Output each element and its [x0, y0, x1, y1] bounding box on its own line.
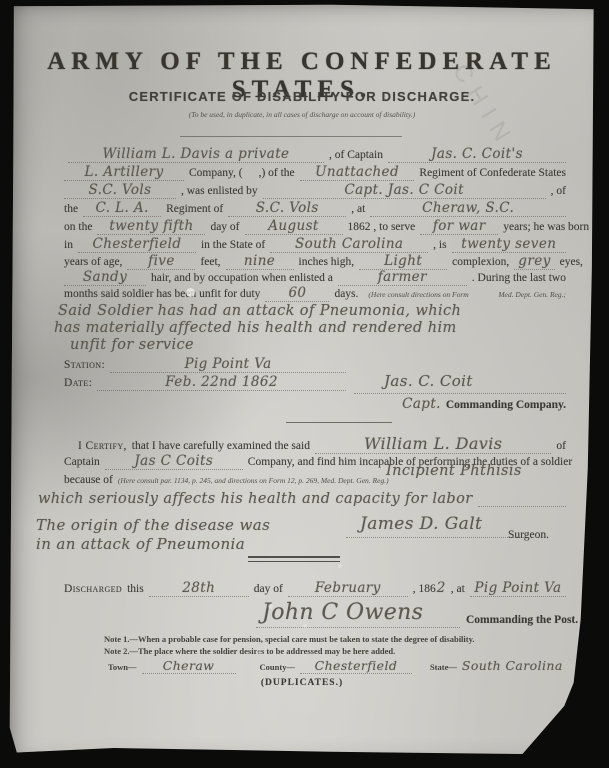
form-line-6: in Chesterfield in the State of South Ca… [64, 236, 566, 253]
label-the: the [64, 203, 78, 215]
surgeon-signature: James D. Galt [360, 514, 482, 534]
county-value: Chesterfield [300, 658, 412, 674]
remarks-line-1: Said Soldier has had an attack of Pneumo… [58, 303, 461, 319]
station-line: Station: Pig Point Va [64, 356, 346, 373]
label-company-paren: Company, ( [189, 167, 243, 179]
remarks-line-2: has materially affected his health and r… [54, 320, 457, 336]
date-line: Date: Feb. 22nd 1862 [64, 374, 346, 391]
station-value: Pig Point Va [110, 356, 346, 373]
address-line: Town— Cheraw County— Chesterfield State—… [108, 658, 566, 674]
field-captain-name: Jas. C. Coit's [388, 146, 566, 163]
form-line-3: S.C. Vols , was enlisted by Capt. Jas. C… [64, 182, 566, 199]
town-value: Cheraw [142, 658, 236, 674]
signature-rule [354, 392, 566, 394]
town-label: Town— [108, 662, 137, 672]
note-2: Note 2.—The place where the soldier desi… [104, 646, 395, 656]
label-of-captain: , of Captain [329, 149, 383, 161]
label-in: in [64, 239, 73, 251]
form-line-2: L. Artillery Company, ( ,) of the Unatta… [64, 164, 566, 181]
state-value: South Carolina [462, 658, 563, 673]
reason-line: which seriously affects his health and c… [38, 491, 566, 507]
discharged-label: Discharged [64, 583, 122, 595]
discharge-line: Discharged this 28th day of February , 1… [64, 580, 566, 597]
form-line-7: years of age, five feet, nine inches hig… [64, 253, 566, 270]
field-soldier-name: William L. Davis a private [68, 146, 324, 163]
remarks-line-3: unfit for service [70, 337, 194, 353]
field-term: for war [420, 218, 498, 235]
post-signature: John C Owens [262, 600, 423, 625]
label-complexion: complexion, [452, 256, 509, 268]
surgeon-label: Surgeon. [508, 529, 549, 541]
field-complexion: Light [359, 253, 447, 270]
discharge-day: 28th [149, 580, 249, 597]
label-of: , of [551, 185, 566, 197]
field-inches: nine [226, 253, 294, 270]
station-label: Station: [64, 359, 105, 371]
form-line-4: the C. L. A. Regiment of S.C. Vols , at … [64, 200, 566, 217]
certify-captain-label: Captain [64, 456, 100, 468]
discharge-place: Pig Point Va [470, 580, 566, 597]
reason-rule [478, 503, 566, 507]
diagnosis: Incipient Phthisis [386, 463, 522, 479]
field-vols2: S.C. Vols [228, 200, 346, 217]
field-eyes: grey [514, 253, 554, 270]
label-at: , at [351, 203, 365, 215]
field-enlisted-by: Capt. Jas. C Coit [263, 182, 546, 199]
label-during: . During the last two [472, 272, 566, 284]
discharge-year: , 186 [413, 583, 436, 595]
because-small-note: (Here consult par. 1134, p. 245, and dir… [118, 476, 389, 485]
field-days-unfit: 60 [265, 285, 329, 302]
origin-line-2: in an attack of Pneumonia [36, 535, 245, 553]
paper-speck [338, 564, 342, 568]
field-regiment-number: C. L. A. [83, 200, 161, 217]
state-label: State— [430, 662, 457, 672]
field-hair: Sandy [64, 269, 146, 286]
certify-line-1: I Certify, that I have carefully examine… [78, 434, 566, 454]
field-vols: S.C. Vols [64, 182, 176, 199]
label-is: , is [433, 239, 446, 251]
field-birthplace: Chesterfield [78, 236, 196, 253]
label-day-of: day of [210, 221, 239, 233]
discharge-year-digit: 2 [437, 580, 446, 596]
field-enlist-place: Cheraw, S.C. [370, 200, 566, 217]
header-rule [180, 136, 402, 137]
certify-soldier-name: William L. Davis [315, 434, 551, 454]
form-line-9: months said soldier has been unfit for d… [64, 285, 566, 302]
document-scan: CHIN ARMY OF THE CONFEDERATE STATES. CER… [8, 4, 596, 754]
label-years-born: years; he was born [503, 221, 589, 233]
field-company: L. Artillery [64, 164, 184, 181]
label-eyes: eyes, [560, 256, 583, 268]
field-age: twenty seven [452, 236, 566, 253]
paper-speck [186, 288, 195, 297]
form-line-5: on the twenty fifth day of August 1862 ,… [64, 218, 566, 235]
field-enlist-day: twenty fifth [97, 218, 205, 235]
paper-speck [256, 649, 261, 654]
form-line-8: Sandy hair, and by occupation when enlis… [64, 269, 566, 286]
paper-speck [303, 624, 307, 628]
certify-of: of [556, 440, 566, 452]
field-enlist-month: August [245, 218, 343, 235]
post-role: Commanding the Post. [466, 614, 578, 626]
certify-captain-name: Jas C Coits [105, 453, 243, 470]
discharged-this: this [127, 583, 144, 595]
post-signature-rule [256, 626, 460, 628]
company-signature: Jas. C. Coit [384, 372, 473, 390]
date-value: Feb. 22nd 1862 [97, 374, 346, 391]
company-role-line: Capt. Commanding Company. [398, 396, 566, 412]
document-subtitle: CERTIFICATE OF DISABILITY FOR DISCHARGE. [8, 89, 596, 104]
discharge-month: February [288, 580, 408, 597]
label-feet: feet, [200, 256, 220, 268]
field-birth-state: South Carolina [270, 236, 428, 253]
field-feet: five [127, 253, 195, 270]
label-to-serve: 1862 , to serve [348, 221, 416, 233]
duplicates-label: (DUPLICATES.) [8, 678, 596, 688]
company-role: Commanding Company. [446, 399, 566, 411]
surgeon-rule [346, 536, 528, 538]
small-note-reg: Med. Dept. Gen. Reg.; [498, 290, 566, 299]
field-occupation: farmer [338, 269, 467, 286]
label-company-paren2: ,) of the [259, 167, 295, 179]
origin-line-1: The origin of the disease was [36, 516, 270, 534]
label-regiment: Regiment of Confederate States [419, 167, 566, 179]
company-rank: Capt. [402, 396, 441, 412]
label-days: days. [334, 288, 358, 300]
reason-text: which seriously affects his health and c… [38, 491, 473, 507]
label-hair-occupation: hair, and by occupation when enlisted a [151, 272, 333, 284]
label-inches-high: inches high, [299, 256, 355, 268]
county-label: County— [260, 662, 295, 672]
certify-rest: that I have carefully examined the said [132, 440, 310, 452]
small-note-form: (Here consult directions on Form [368, 290, 468, 299]
label-regiment-of: Regiment of [166, 203, 223, 215]
discharge-day-of: day of [254, 583, 283, 595]
label-unfit-duty: months said soldier has been unfit for d… [64, 288, 260, 300]
label-on-the: on the [64, 221, 92, 233]
field-unit: Unattached [300, 164, 415, 181]
note-1: Note 1.—When a probable case for pension… [104, 634, 475, 644]
center-rule [286, 422, 392, 423]
form-line-1: William L. Davis a private , of Captain … [68, 146, 566, 163]
date-label: Date: [64, 377, 92, 389]
document-instruction: (To be used, in duplicate, in all cases … [8, 110, 596, 119]
label-enlisted-by: , was enlisted by [181, 185, 258, 197]
because-of-label: because of [64, 474, 113, 486]
section-rule [248, 556, 340, 562]
certify-lead: I Certify, [78, 440, 127, 452]
label-years-of-age: years of age, [64, 256, 122, 268]
label-state-of: in the State of [201, 239, 265, 251]
paper-speck [268, 604, 273, 609]
discharge-at: , at [451, 583, 465, 595]
